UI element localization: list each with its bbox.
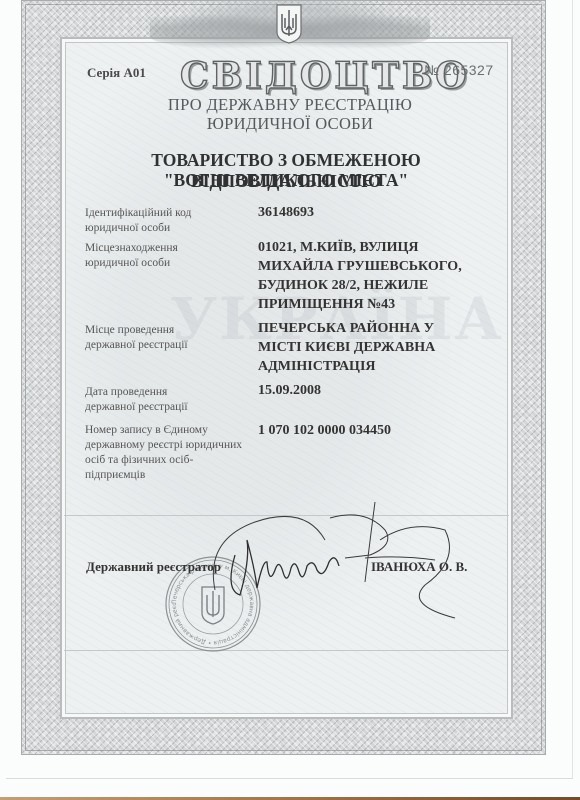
field-value-id-code: 36148693 (258, 203, 493, 222)
field-label-address: Місцезнаходження юридичної особи (85, 241, 210, 271)
certificate-number: № 265327 (424, 62, 494, 78)
series-label: Серія А01 (87, 65, 146, 81)
subtitle-line-2: ЮРИДИЧНОЇ ОСОБИ (120, 114, 460, 134)
field-value-address: 01021, М.КИЇВ, ВУЛИЦЯ МИХАЙЛА ГРУШЕВСЬКО… (258, 238, 473, 314)
trident-coat-of-arms-icon (276, 4, 302, 44)
subtitle-line-1: ПРО ДЕРЖАВНУ РЕЄСТРАЦІЮ (120, 95, 460, 115)
registrar-name: ІВАНЮХА О. В. (371, 559, 467, 575)
field-label-id-code: Ідентифікаційний код юридичної особи (85, 206, 210, 236)
divider-line (64, 650, 509, 651)
field-value-registration-date: 15.09.2008 (258, 381, 493, 400)
field-value-registration-place: ПЕЧЕРСЬКА РАЙОННА У МІСТІ КИЄВІ ДЕРЖАВНА… (258, 319, 478, 376)
field-label-registration-place: Місце проведення державної реєстрації (85, 323, 210, 353)
field-label-registration-date: Дата проведення державної реєстрації (85, 385, 210, 415)
company-name: "ВОГНІ ВЕЛИКОГО МІСТА" (60, 170, 512, 191)
registrar-label: Державний реєстратор (86, 559, 221, 575)
field-value-register-number: 1 070 102 0000 034450 (258, 421, 493, 440)
document-title: СВІДОЦТВО (180, 55, 400, 97)
field-label-register-number: Номер запису в Єдиному державному реєстр… (85, 423, 250, 483)
